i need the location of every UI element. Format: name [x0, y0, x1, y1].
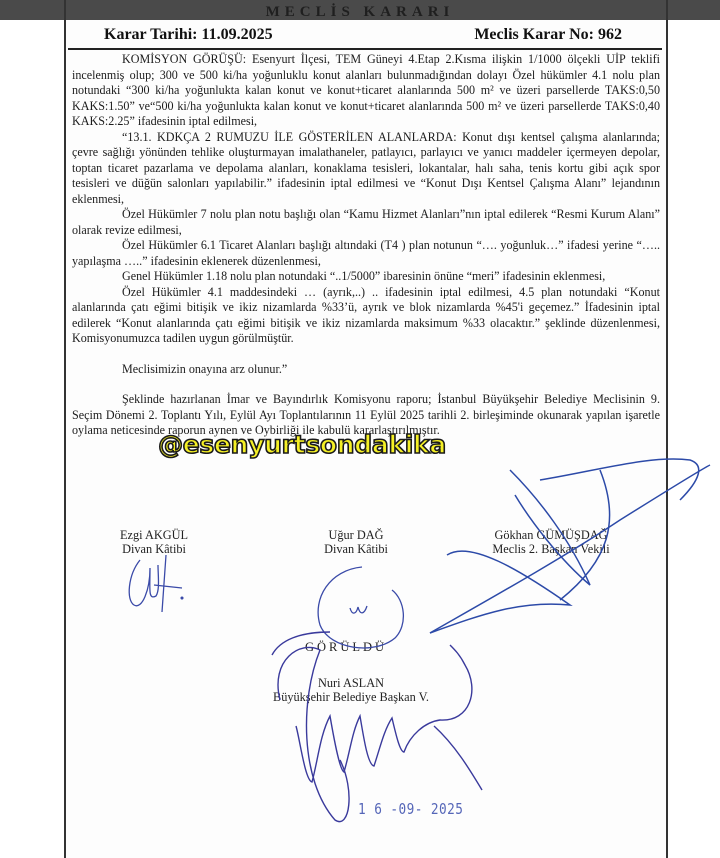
- signatory-title: Divan Kâtibi: [296, 542, 416, 556]
- paragraph-general-1-18: Genel Hükümler 1.18 nolu plan notundaki …: [72, 269, 660, 285]
- signatory-name: Uğur DAĞ: [296, 528, 416, 542]
- signatory-2: Uğur DAĞ Divan Kâtibi: [296, 528, 416, 556]
- signatory-name: Gökhan GÜMÜŞDAĞ: [476, 528, 626, 542]
- decision-number: Meclis Karar No: 962: [474, 26, 622, 44]
- document-band-title: MECLİS KARARI: [0, 0, 720, 20]
- document-top-band: MECLİS KARARI: [0, 0, 720, 20]
- approval-signatory: Nuri ASLAN Büyükşehir Belediye Başkan V.: [246, 676, 456, 704]
- paragraph-13-1: “13.1. KDKÇA 2 RUMUZU İLE GÖSTERİLEN ALA…: [72, 130, 660, 208]
- approval-name: Nuri ASLAN: [246, 676, 456, 690]
- decision-header: Karar Tarihi: 11.09.2025 Meclis Karar No…: [104, 26, 622, 44]
- decision-date: Karar Tarihi: 11.09.2025: [104, 26, 273, 44]
- header-divider: [68, 48, 662, 50]
- decision-body: KOMİSYON GÖRÜŞÜ: Esenyurt İlçesi, TEM Gü…: [72, 52, 660, 439]
- page-border-right: [666, 0, 668, 858]
- signatory-1: Ezgi AKGÜL Divan Kâtibi: [94, 528, 214, 556]
- signatory-title: Divan Kâtibi: [94, 542, 214, 556]
- social-handle-watermark: @esenyurtsondakika: [132, 430, 472, 459]
- signatory-title: Meclis 2. Başkan Vekili: [476, 542, 626, 556]
- paragraph-special-7: Özel Hükümler 7 nolu plan notu başlığı o…: [72, 207, 660, 238]
- paragraph-special-6-1: Özel Hükümler 6.1 Ticaret Alanları başlı…: [72, 238, 660, 269]
- signatory-name: Ezgi AKGÜL: [94, 528, 214, 542]
- paragraph-submission: Meclisimizin onayına arz olunur.”: [72, 362, 660, 378]
- approval-title: Büyükşehir Belediye Başkan V.: [246, 690, 456, 704]
- received-date-stamp: 1 6 -09- 2025: [358, 800, 463, 818]
- signatory-3: Gökhan GÜMÜŞDAĞ Meclis 2. Başkan Vekili: [476, 528, 626, 556]
- paragraph-commission-opinion: KOMİSYON GÖRÜŞÜ: Esenyurt İlçesi, TEM Gü…: [72, 52, 660, 130]
- approval-label: GÖRÜLDÜ: [266, 640, 426, 655]
- paragraph-special-4-1: Özel Hükümler 4.1 maddesindeki … (ayrık,…: [72, 285, 660, 347]
